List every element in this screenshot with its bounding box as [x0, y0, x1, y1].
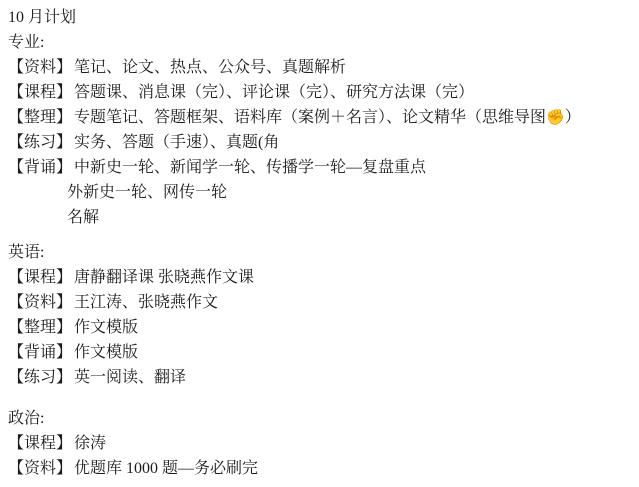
plan-line-courses: 【课程】答题课、消息课（完）、评论课（完）、研究方法课（完）: [8, 80, 629, 105]
plan-line-recite-cont2: 名解: [8, 205, 629, 230]
section-spacer: [8, 230, 629, 240]
category-label: 【课程】: [8, 269, 72, 286]
section-heading-major: 专业:: [8, 30, 629, 55]
category-label: 【整理】: [8, 109, 72, 126]
line-text: 作文模版: [74, 319, 138, 336]
plan-line-organize: 【整理】作文模版: [8, 315, 629, 340]
category-label: 【练习】: [8, 369, 72, 386]
section-major: 专业: 【资料】笔记、论文、热点、公众号、真题解析 【课程】答题课、消息课（完）…: [8, 30, 629, 230]
section-english: 英语: 【课程】唐静翻译课 张晓燕作文课 【资料】王江涛、张晓燕作文 【整理】作…: [8, 240, 629, 390]
plan-line-practice: 【练习】英一阅读、翻译: [8, 365, 629, 390]
category-label: 【资料】: [8, 294, 72, 311]
page-title: 10 月计划: [8, 5, 629, 30]
plan-line-practice: 【练习】实务、答题（手速）、真题(角: [8, 130, 629, 155]
plan-line-recite: 【背诵】作文模版: [8, 340, 629, 365]
category-label: 【整理】: [8, 319, 72, 336]
line-text: 实务、答题（手速）、真题(角: [74, 134, 279, 151]
line-text: 优题库 1000 题—务必刷完: [74, 460, 258, 477]
section-heading-english: 英语:: [8, 240, 629, 265]
category-label: 【背诵】: [8, 159, 72, 176]
category-label: 【课程】: [8, 84, 72, 101]
line-text-suffix: ）: [565, 109, 581, 126]
plan-line-courses: 【课程】唐静翻译课 张晓燕作文课: [8, 265, 629, 290]
section-spacer: [8, 390, 629, 406]
section-politics: 政治: 【课程】徐涛 【资料】优题库 1000 题—务必刷完: [8, 406, 629, 481]
line-text: 答题课、消息课（完）、评论课（完）、研究方法课（完）: [74, 84, 474, 101]
category-label: 【课程】: [8, 435, 72, 452]
line-text: 中新史一轮、新闻学一轮、传播学一轮—复盘重点: [74, 159, 426, 176]
section-heading-politics: 政治:: [8, 406, 629, 431]
plan-line-courses: 【课程】徐涛: [8, 431, 629, 456]
line-text: 外新史一轮、网传一轮: [67, 184, 227, 201]
line-text: 英一阅读、翻译: [74, 369, 186, 386]
line-text: 唐静翻译课 张晓燕作文课: [74, 269, 254, 286]
category-label: 【资料】: [8, 460, 72, 477]
plan-line-organize: 【整理】专题笔记、答题框架、语料库（案例＋名言）、论文精华（思维导图✊）: [8, 105, 629, 130]
category-label: 【练习】: [8, 134, 72, 151]
plan-line-recite-cont: 外新史一轮、网传一轮: [8, 180, 629, 205]
category-label: 【背诵】: [8, 344, 72, 361]
line-text: 作文模版: [74, 344, 138, 361]
plan-line-recite: 【背诵】中新史一轮、新闻学一轮、传播学一轮—复盘重点: [8, 155, 629, 180]
plan-line-materials: 【资料】笔记、论文、热点、公众号、真题解析: [8, 55, 629, 80]
line-text: 笔记、论文、热点、公众号、真题解析: [74, 59, 346, 76]
line-text: 徐涛: [74, 435, 106, 452]
document: 10 月计划 专业: 【资料】笔记、论文、热点、公众号、真题解析 【课程】答题课…: [0, 0, 639, 481]
line-text: 名解: [67, 209, 99, 226]
raised-fist-emoji: ✊: [546, 110, 565, 126]
line-text: 专题笔记、答题框架、语料库（案例＋名言）、论文精华（思维导图: [74, 109, 546, 126]
line-text: 王江涛、张晓燕作文: [74, 294, 218, 311]
plan-line-materials: 【资料】优题库 1000 题—务必刷完: [8, 456, 629, 481]
plan-line-materials: 【资料】王江涛、张晓燕作文: [8, 290, 629, 315]
category-label: 【资料】: [8, 59, 72, 76]
